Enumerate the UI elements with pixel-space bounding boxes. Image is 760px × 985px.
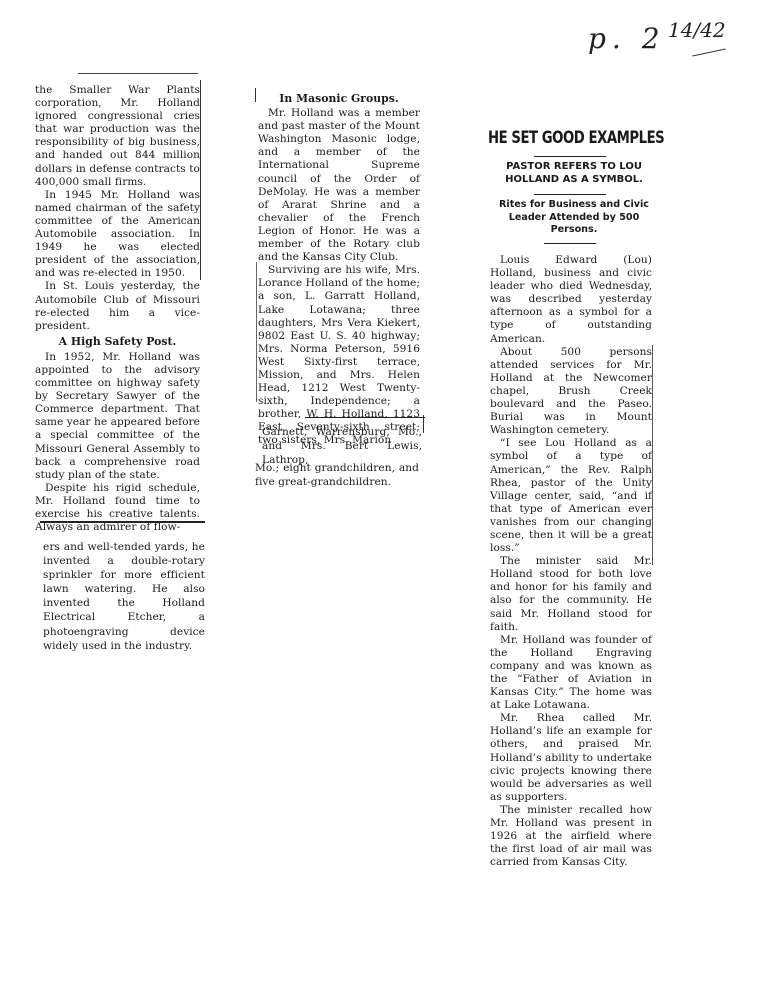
deck-rule: [534, 194, 606, 195]
article-paragraph: In 1952, Mr. Holland was appointed to th…: [35, 351, 200, 482]
deck-rites: Rites for Business and Civic Leader Atte…: [488, 199, 660, 237]
right-column-body: Louis Edward (Lou) Holland, business and…: [490, 254, 652, 869]
article-paragraph: The minister said Mr. Holland stood for …: [490, 555, 652, 634]
left-column-part3: ers and well-tended yards, he invented a…: [43, 540, 205, 653]
middle-column-clip-rule: [305, 417, 425, 418]
article-paragraph: Mr. Holland was founder of the Holland E…: [490, 634, 652, 713]
middle-column-left-rule: [255, 88, 256, 102]
article-paragraph: The minister recalled how Mr. Holland wa…: [490, 804, 652, 869]
article-paragraph: About 500 persons attended services for …: [490, 346, 652, 438]
article-paragraph: Mo.; eight grandchildren, and five great…: [255, 461, 419, 489]
handwritten-underline: [692, 48, 725, 56]
middle-column-left-rule-2: [256, 262, 257, 402]
article-paragraph: ers and well-tended yards, he invented a…: [43, 540, 205, 653]
article-header: HE SET GOOD EXAMPLES PASTOR REFERS TO LO…: [488, 128, 660, 214]
right-column-right-rule: [652, 345, 653, 565]
article-paragraph: Despite his rigid schedule, Mr. Holland …: [35, 482, 200, 534]
handwritten-page-mark: p. 2: [588, 22, 666, 55]
section-subhead: In Masonic Groups.: [258, 92, 420, 105]
middle-column-right-rule: [423, 415, 424, 433]
deck-pastor: PASTOR REFERS TO LOU HOLLAND AS A SYMBOL…: [488, 161, 660, 186]
headline: HE SET GOOD EXAMPLES: [488, 128, 660, 148]
left-column-top-rule: [78, 73, 198, 74]
left-column-part1: the Smaller War Plants corporation, Mr. …: [35, 84, 200, 534]
middle-column-part3: Mo.; eight grandchildren, and five great…: [255, 461, 419, 489]
article-paragraph: Mr. Rhea called Mr. Holland’s life an ex…: [490, 712, 652, 804]
deck2-rule: [544, 243, 596, 244]
article-paragraph: Louis Edward (Lou) Holland, business and…: [490, 254, 652, 346]
handwritten-note: 14/42: [668, 18, 726, 42]
middle-column-part1: In Masonic Groups. Mr. Holland was a mem…: [258, 90, 420, 448]
article-paragraph: Surviving are his wife, Mrs. Lorance Hol…: [258, 264, 420, 447]
article-paragraph: In 1945 Mr. Holland was named chairman o…: [35, 189, 200, 281]
article-paragraph: In St. Louis yesterday, the Automobile C…: [35, 280, 200, 332]
article-paragraph: the Smaller War Plants corporation, Mr. …: [35, 84, 200, 189]
section-subhead: A High Safety Post.: [35, 335, 200, 348]
article-paragraph: “I see Lou Holland as a symbol of a type…: [490, 437, 652, 555]
left-column-right-rule: [200, 80, 201, 280]
left-column-clip-rule: [40, 521, 205, 523]
headline-rule: [534, 156, 606, 157]
article-paragraph: Mr. Holland was a member and past master…: [258, 107, 420, 264]
